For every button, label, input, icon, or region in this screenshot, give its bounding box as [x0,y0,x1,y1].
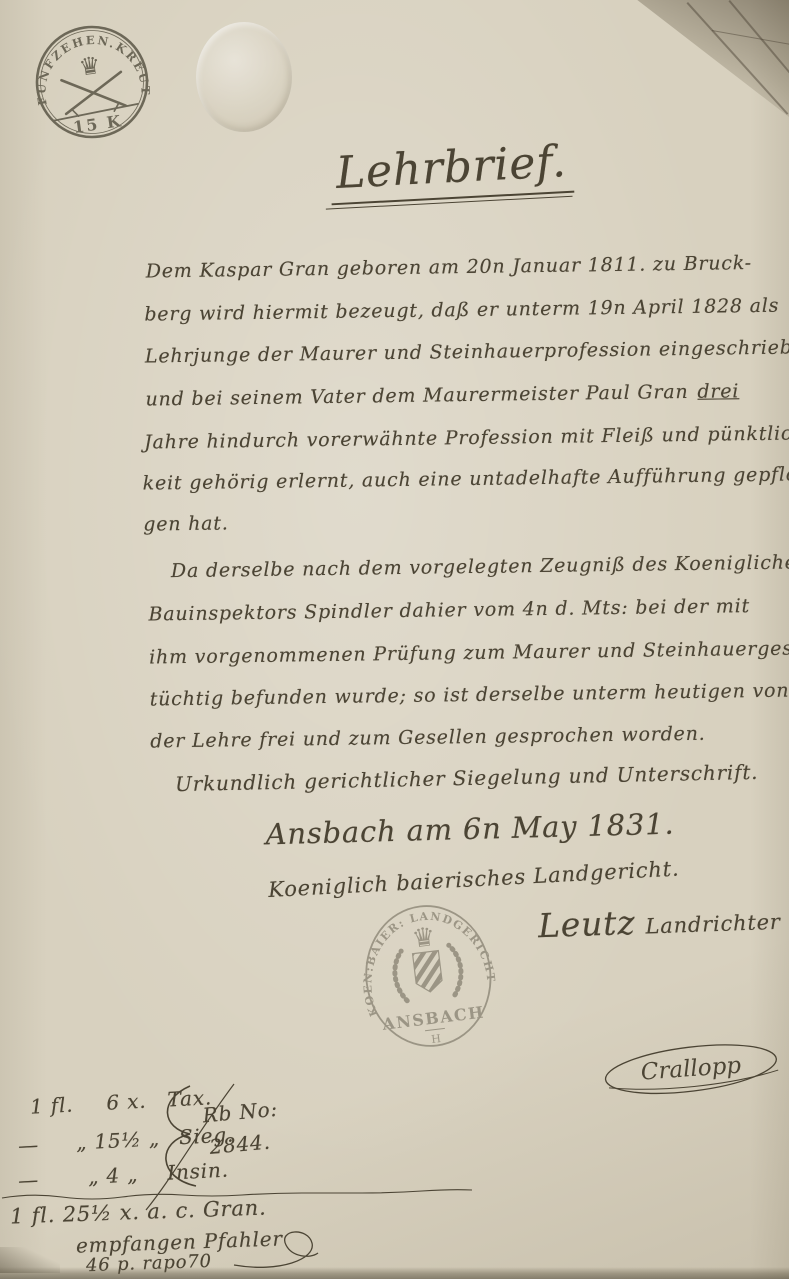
fee-kreuzer: „ 4 „ [87,1162,138,1189]
dateline: Ansbach am 6n May 1831. [250,806,691,852]
countersignature-block: Crallopp [596,1031,789,1108]
text-line-segment: und bei seinem Vater dem Maurermeister P… [145,381,688,411]
court-seal-stamp: KOEN:BAIER: LANDGERICHT ♛ ANSBACH H [338,879,518,1067]
text-line: gen hat. [143,511,229,536]
text-line: Bauinspektors Spindler dahier vom 4n d. … [148,594,750,626]
fee-register-number: 2844. [208,1129,281,1159]
text-line: ihm vorgenommenen Prüfung zum Maurer und… [149,636,789,670]
signature-role: Landrichter [645,910,781,939]
text-line: keit gehörig erlernt, auch eine untadelh… [143,462,789,495]
document-title: Lehrbrief. [329,136,574,206]
signature-name: Leutz [537,903,636,945]
closing-line: Urkundlich gerichtlicher Siegelung und U… [175,760,759,796]
crown-icon: ♛ [77,51,102,82]
text-line: tüchtig befunden wurde; so ist derselbe … [150,679,789,712]
fee-register: Rb No: 2844. [202,1097,282,1159]
fee-amount: — [18,1133,40,1158]
flourish [230,1215,320,1270]
text-line: Lehrjunge der Maurer und Steinhauerprofe… [145,335,789,368]
page-curl-top-right [604,0,789,130]
crown-icon: ♛ [410,922,437,955]
laurel-branch-icon [449,944,464,995]
revenue-stamp: FUNFZEHEN.KREUTZER ♛ 15 K [24,14,160,150]
underlined-word: drei [697,380,739,403]
bavarian-shield-icon [413,951,444,994]
text-line: berg wird hiermit bezeugt, daß er unterm… [144,294,779,327]
bottom-page-edge [0,1267,789,1279]
text-line: Dem Kaspar Gran geboren am 20n Januar 18… [146,251,753,283]
countersignature: Crallopp [640,1053,742,1086]
fee-amount: 1 fl. [29,1093,73,1119]
text-line: der Lehre frei und zum Gesellen gesproch… [150,722,706,754]
laurel-branch-icon [392,951,407,1002]
fee-register-label: Rb No: [202,1097,279,1127]
scanned-document-page: FUNFZEHEN.KREUTZER ♛ 15 K Lehrbrief. Dem… [0,0,789,1279]
text-line: Jahre hindurch vorerwähnte Profession mi… [144,421,789,454]
text-line: und bei seinem Vater dem Maurermeister P… [145,379,739,411]
embossed-seal [196,22,292,132]
court-seal-mark: H [431,1032,442,1046]
court-seal-divider [425,1028,445,1030]
text-line: Da derselbe nach dem vorgelegten Zeugniß… [171,550,789,583]
judge-signature: LeutzLandrichter [537,898,781,945]
